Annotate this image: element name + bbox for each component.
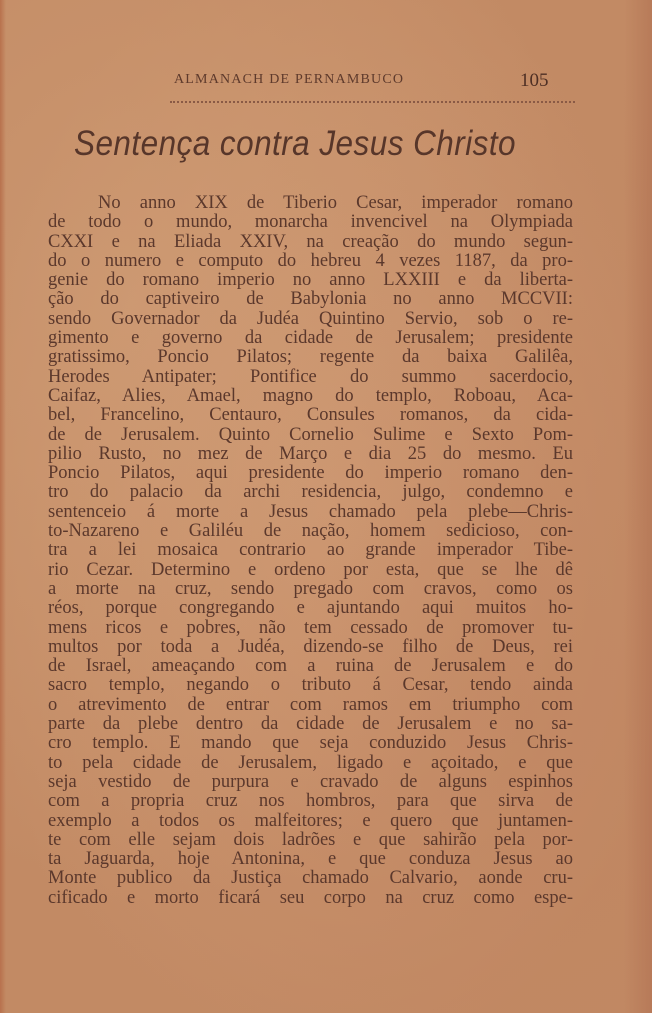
text-line: cificado e morto ficará seu corpo na cru…	[48, 889, 573, 908]
text-line: mens ricos e pobres, não tem cessado de …	[48, 619, 573, 638]
text-line: ta Jaguarda, hoje Antonina, e que conduz…	[48, 850, 573, 869]
page-number: 105	[520, 70, 549, 92]
text-line: genie do romano imperio no anno LXXIII e…	[48, 271, 573, 290]
text-line: gimento e governo da cidade de Jerusalem…	[48, 329, 573, 348]
text-line: o atrevimento de entrar com ramos em tri…	[48, 696, 573, 715]
text-line: sendo Governador da Judéa Quintino Servi…	[48, 310, 573, 329]
text-line: réos, porque congregando e ajuntando aqu…	[48, 599, 573, 618]
text-line: pilio Rusto, no mez de Março e dia 25 do…	[48, 445, 573, 464]
text-line: cro templo. E mando que seja conduzido J…	[48, 734, 573, 753]
text-line: ção do captiveiro de Babylonia no anno M…	[48, 290, 573, 309]
text-line: do o numero e computo do hebreu 4 vezes …	[48, 252, 573, 271]
text-line: No anno XIX de Tiberio Cesar, imperador …	[48, 194, 573, 213]
text-line: de todo o mundo, monarcha invencivel na …	[48, 213, 573, 232]
text-line: exemplo a todos os malfeitores; e quero …	[48, 812, 573, 831]
book-page: ALMANACH DE PERNAMBUCO 105 Sentença cont…	[0, 0, 652, 1013]
text-line: sentenceio á morte a Jesus chamado pela …	[48, 503, 573, 522]
page-edge-right	[624, 0, 652, 1013]
text-line: to-Nazareno e Galiléu de nação, homem se…	[48, 522, 573, 541]
text-line: tro do palacio da archi residencia, julg…	[48, 483, 573, 502]
text-line: CXXI e na Eliada XXIV, na creação do mun…	[48, 233, 573, 252]
page-edge-left	[0, 0, 6, 1013]
page-header: ALMANACH DE PERNAMBUCO 105	[170, 70, 590, 94]
text-line: multos por toda a Judéa, dizendo-se filh…	[48, 638, 573, 657]
text-line: rio Cezar. Determino e ordeno por esta, …	[48, 561, 573, 580]
text-line: sacro templo, negando o tributo á Cesar,…	[48, 676, 573, 695]
text-line: de de Jerusalem. Quinto Cornelio Sulime …	[48, 426, 573, 445]
text-line: to pela cidade de Jerusalem, ligado e aç…	[48, 754, 573, 773]
text-line: seja vestido de purpura e cravado de alg…	[48, 773, 573, 792]
text-line: a morte na cruz, sendo pregado com cravo…	[48, 580, 573, 599]
text-line: parte da plebe dentro da cidade de Jerus…	[48, 715, 573, 734]
text-line: Herodes Antipater; Pontifice do summo sa…	[48, 368, 573, 387]
section-title: Sentença contra Jesus Christo	[74, 124, 542, 164]
text-line: gratissimo, Poncio Pilatos; regente da b…	[48, 348, 573, 367]
text-line: Monte publico da Justiça chamado Calvari…	[48, 869, 573, 888]
text-line: te com elle sejam dois ladrões e que sah…	[48, 831, 573, 850]
text-line: de Israel, ameaçando com a ruina de Jeru…	[48, 657, 573, 676]
text-line: Poncio Pilatos, aqui presidente do imper…	[48, 464, 573, 483]
body-text: No anno XIX de Tiberio Cesar, imperador …	[48, 194, 573, 908]
text-line: tra a lei mosaica contrario ao grande im…	[48, 541, 573, 560]
text-line: Caifaz, Alies, Amael, magno do templo, R…	[48, 387, 573, 406]
text-line: com a propria cruz nos hombros, para que…	[48, 792, 573, 811]
running-title: ALMANACH DE PERNAMBUCO	[174, 72, 404, 88]
text-line: bel, Francelino, Centauro, Consules roma…	[48, 406, 573, 425]
header-rule	[170, 101, 575, 103]
